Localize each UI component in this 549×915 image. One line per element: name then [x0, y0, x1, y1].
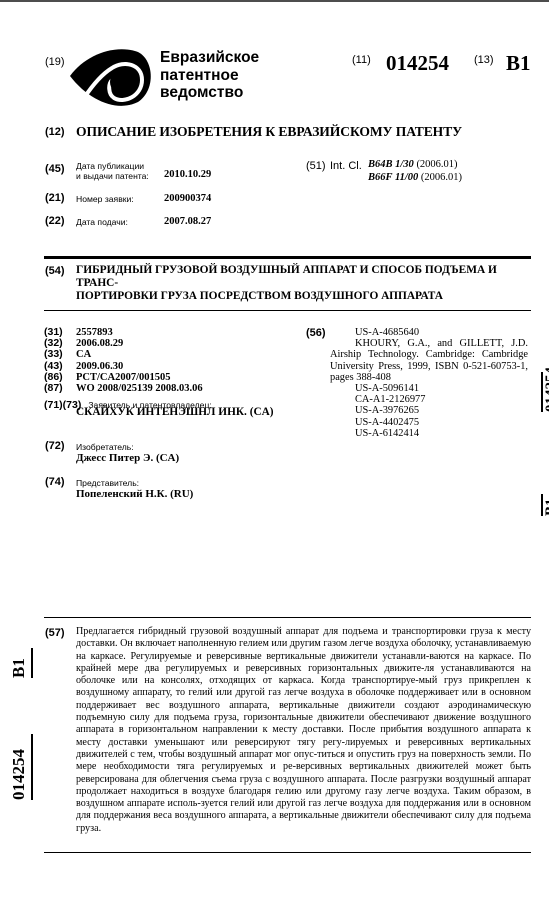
reference-item: US-A-5096141	[330, 383, 528, 394]
inventor-label: Изобретатель:	[76, 442, 134, 452]
priority-row: (32)2006.08.29	[44, 338, 203, 349]
document-title: ОПИСАНИЕ ИЗОБРЕТЕНИЯ К ЕВРАЗИЙСКОМУ ПАТЕ…	[76, 124, 462, 140]
references-list: US-A-4685640 KHOURY, G.A., and GILLETT, …	[330, 327, 528, 439]
filing-code: (22)	[45, 215, 65, 227]
reference-item: US-A-4402475	[330, 417, 528, 428]
pubdate-label-line-1: Дата публикации	[76, 161, 149, 171]
window-top-border	[0, 0, 549, 2]
priority-value: CA	[76, 349, 91, 360]
representative-name: Попеленский Н.К. (RU)	[76, 488, 193, 500]
invention-title-line-1: ГИБРИДНЫЙ ГРУЗОВОЙ ВОЗДУШНЫЙ АППАРАТ И С…	[76, 264, 536, 290]
section-divider	[44, 256, 531, 259]
intcl-label: Int. Cl.	[330, 160, 362, 172]
representative-label: Представитель:	[76, 478, 139, 488]
reference-item: KHOURY, G.A., and GILLETT, J.D. Airship …	[330, 338, 528, 383]
priority-value: PCT/CA2007/001505	[76, 372, 171, 383]
reference-item: US-A-4685640	[330, 327, 528, 338]
office-name-line-1: Евразийское	[160, 49, 259, 67]
priority-row: (33)CA	[44, 349, 203, 360]
side-mark-kind-right: B1	[543, 494, 549, 516]
pubdate-label: Дата публикации и выдачи патента:	[76, 161, 149, 181]
reference-item: US-A-3976265	[330, 405, 528, 416]
appno-value: 200900374	[164, 193, 211, 204]
priority-value: 2009.06.30	[76, 361, 123, 372]
intcl-row: B64B 1/30 (2006.01)	[368, 159, 462, 172]
pubdate-value: 2010.10.29	[164, 169, 211, 180]
section-divider	[44, 852, 531, 853]
side-mark-number-right: 014254	[543, 372, 549, 412]
inventor-code: (72)	[45, 440, 65, 452]
priority-code: (33)	[44, 349, 76, 360]
number-code: (11)	[352, 54, 371, 66]
reference-item: US-A-6142414	[330, 428, 528, 439]
office-name: Евразийское патентное ведомство	[160, 49, 259, 102]
title-code: (54)	[45, 265, 65, 277]
office-name-line-3: ведомство	[160, 84, 259, 102]
invention-title-line-2: ПОРТИРОВКИ ГРУЗА ПОСРЕДСТВОМ ВОЗДУШНОГО …	[76, 290, 536, 303]
filing-value: 2007.08.27	[164, 216, 211, 227]
publication-number: 014254	[386, 51, 449, 76]
references-code: (56)	[306, 327, 326, 339]
doc-type-code: (12)	[45, 126, 65, 138]
priority-row: (43)2009.06.30	[44, 361, 203, 372]
priority-code: (87)	[44, 383, 76, 394]
intcl-version: (2006.01)	[421, 172, 462, 183]
intcl-code: (51)	[306, 160, 326, 172]
priority-value: WO 2008/025139 2008.03.06	[76, 383, 203, 394]
priority-row: (86)PCT/CA2007/001505	[44, 372, 203, 383]
intcl-classes: B64B 1/30 (2006.01) B66F 11/00 (2006.01)	[368, 159, 462, 184]
priority-value: 2557893	[76, 327, 113, 338]
applicant-name: СКАЙХУК ИНТЕНЭШНЛ ИНК. (CA)	[76, 406, 274, 418]
section-divider	[44, 617, 531, 618]
inventor-name: Джесс Питер Э. (CA)	[76, 452, 179, 464]
side-mark-kind-left: B1	[9, 658, 29, 678]
kind-code-label: (13)	[474, 54, 494, 66]
kind-code: B1	[506, 51, 531, 76]
priority-row: (87)WO 2008/025139 2008.03.06	[44, 383, 203, 394]
intcl-row: B66F 11/00 (2006.01)	[368, 172, 462, 185]
side-mark-bar	[31, 734, 33, 800]
side-mark-number-left: 014254	[9, 749, 29, 800]
filing-label: Дата подачи:	[76, 217, 128, 227]
office-name-line-2: патентное	[160, 67, 259, 85]
representative-code: (74)	[45, 476, 65, 488]
appno-label: Номер заявки:	[76, 194, 134, 204]
pubdate-code: (45)	[45, 163, 65, 175]
intcl-version: (2006.01)	[416, 159, 457, 170]
invention-title: ГИБРИДНЫЙ ГРУЗОВОЙ ВОЗДУШНЫЙ АППАРАТ И С…	[76, 264, 536, 303]
priority-value: 2006.08.29	[76, 338, 123, 349]
pubdate-label-line-2: и выдачи патента:	[76, 171, 149, 181]
abstract-text: Предлагается гибридный грузовой воздушны…	[76, 626, 531, 835]
priority-row: (31)2557893	[44, 327, 203, 338]
intcl-class: B66F 11/00	[368, 172, 418, 183]
section-divider	[44, 310, 531, 311]
eapo-logo-icon	[68, 46, 152, 108]
intcl-class: B64B 1/30	[368, 159, 414, 170]
appno-code: (21)	[45, 192, 65, 204]
office-code: (19)	[45, 56, 65, 68]
priority-list: (31)2557893(32)2006.08.29(33)CA(43)2009.…	[44, 327, 203, 394]
side-mark-bar	[31, 648, 33, 678]
reference-item: CA-A1-2126977	[330, 394, 528, 405]
abstract-code: (57)	[45, 627, 65, 639]
